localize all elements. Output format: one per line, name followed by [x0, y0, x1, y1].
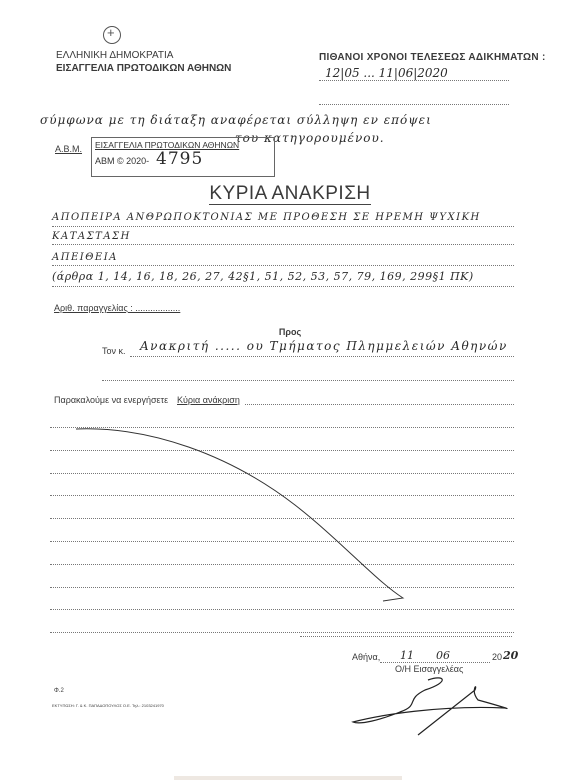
form-code: Φ.2	[54, 688, 64, 694]
bottom-scan-edge	[174, 776, 402, 780]
signature-icon	[0, 0, 580, 780]
printer-info: ΕΚΤΥΠΩΣΗ: Γ. & Κ. ΠΑΠΑΔΟΠΟΥΛΟΣ Ο.Ε. Τηλ.…	[52, 703, 164, 708]
